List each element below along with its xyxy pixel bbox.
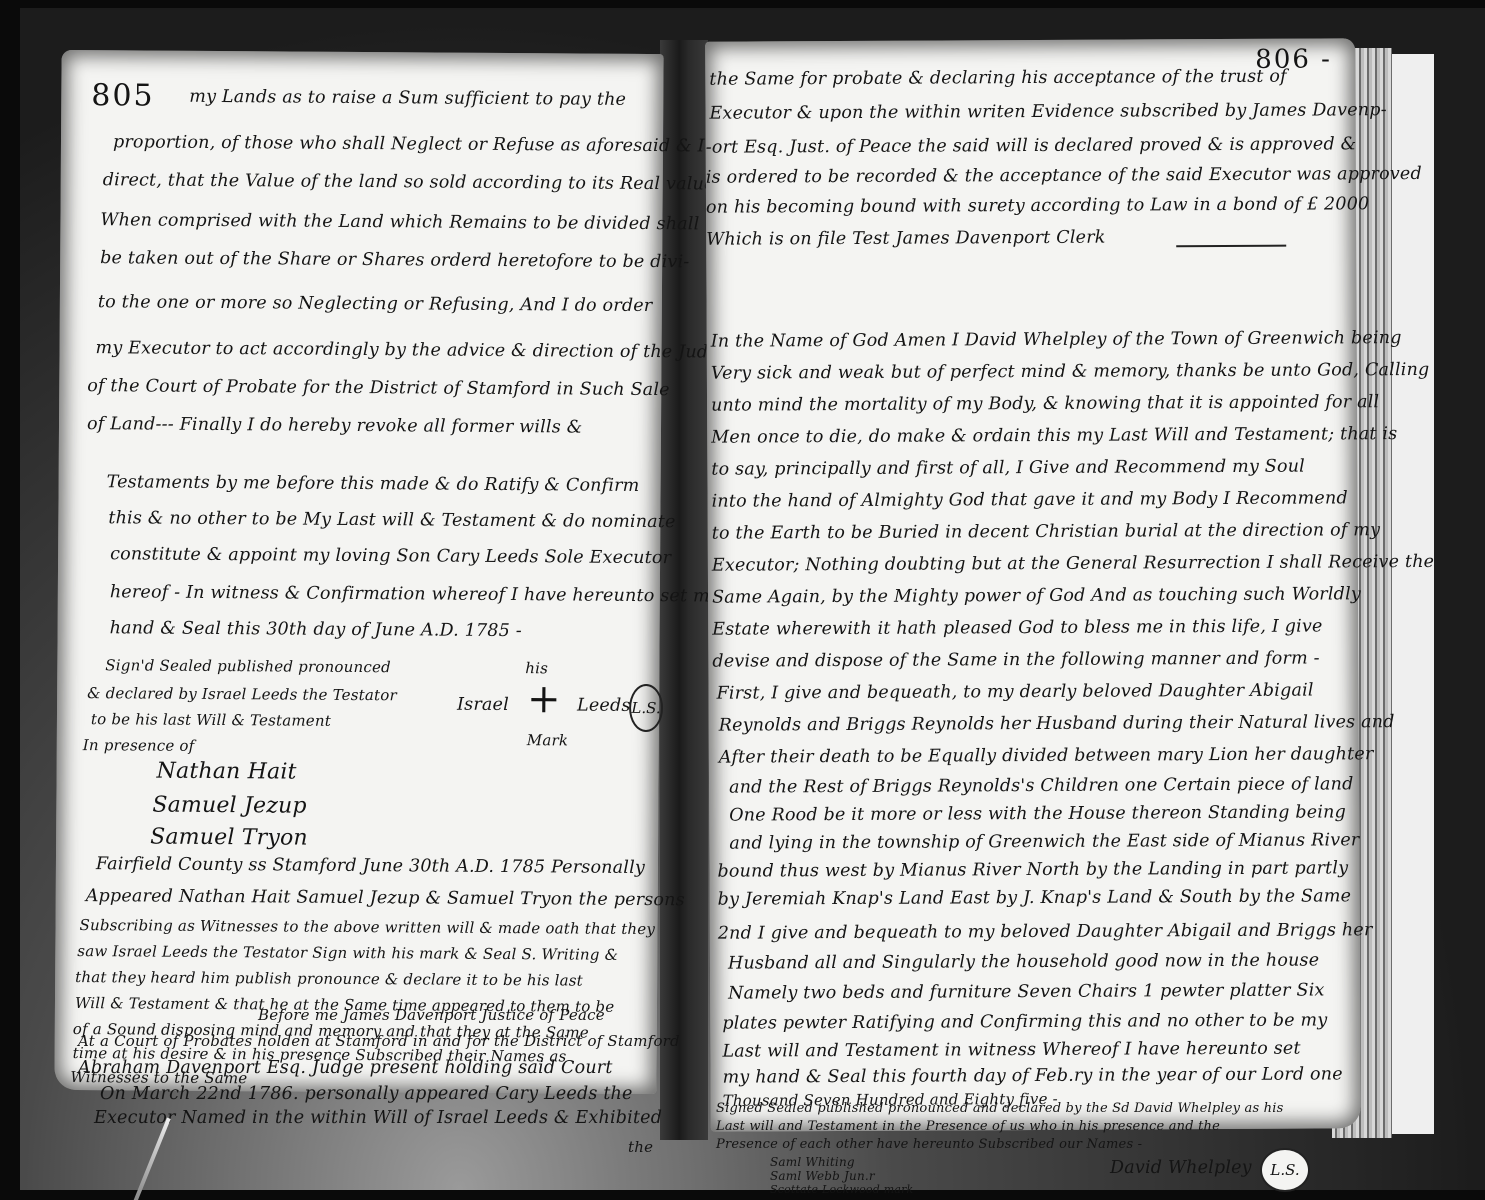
witness-signature: Saml Whiting — [770, 1156, 855, 1168]
will-line: Executor; Nothing doubting but at the Ge… — [712, 554, 1434, 575]
will-line: this & no other to be My Last will & Tes… — [108, 510, 675, 531]
will-line: Estate wherewith it hath pleased God to … — [712, 618, 1322, 639]
will-line: Men once to die, do make & ordain this m… — [711, 426, 1397, 447]
will-line: to the one or more so Neglecting or Refu… — [98, 294, 653, 315]
signature-his: his — [525, 661, 548, 676]
testator-mark-cross: + — [527, 679, 561, 719]
court-line: Abraham Davenport Esq. Judge present hol… — [78, 1060, 613, 1078]
will-line: After their death to be Equally divided … — [719, 746, 1374, 767]
will-line: proportion, of those who shall Neglect o… — [113, 134, 733, 156]
will-line: 2nd I give and bequeath to my beloved Da… — [718, 922, 1373, 943]
testator-last-name: Leeds — [577, 698, 631, 716]
testator-first-name: Israel — [457, 697, 509, 715]
divider-rule — [1176, 245, 1286, 248]
probate-line: -ort Esq. Just. of Peace the said will i… — [706, 136, 1357, 157]
will-line: Presence of each other have hereunto Sub… — [716, 1138, 1142, 1151]
will-line: direct, that the Value of the land so so… — [103, 172, 715, 194]
court-line: Executor Named in the within Will of Isr… — [94, 1110, 662, 1128]
witness-signature: Saml Webb Jun.r — [770, 1170, 875, 1182]
will-line: to say, principally and first of all, I … — [711, 459, 1305, 480]
will-line: Husband all and Singularly the household… — [728, 953, 1319, 974]
probate-line: on his becoming bound with surety accord… — [706, 196, 1369, 217]
attestation-line: Sign'd Sealed published pronounced — [105, 658, 391, 675]
will-line: and lying in the township of Greenwich t… — [729, 832, 1359, 853]
witness-signature: Samuel Jezup — [152, 795, 307, 818]
seal-icon: L.S. — [629, 684, 663, 732]
will-line: One Rood be it more or less with the Hou… — [729, 804, 1346, 825]
will-line: Same Again, by the Mighty power of God A… — [712, 586, 1361, 607]
witness-signature: Nathan Hait — [157, 761, 297, 784]
proof-line: Fairfield County ss Stamford June 30th A… — [96, 856, 645, 877]
seal-label: L.S. — [1270, 1161, 1299, 1179]
attestation-line: to be his last Will & Testament — [91, 712, 331, 729]
seal-icon: L.S. — [1260, 1148, 1310, 1192]
will-line: Last will and Testament in the Presence … — [716, 1120, 1220, 1133]
attestation-line: In presence of — [83, 738, 195, 754]
flyleaf — [1392, 54, 1434, 1134]
proof-line: saw Israel Leeds the Testator Sign with … — [77, 944, 618, 963]
will-line: devise and dispose of the Same in the fo… — [712, 650, 1319, 671]
signature-mark-label: Mark — [527, 733, 568, 748]
will-line: hand & Seal this 30th day of June A.D. 1… — [110, 620, 522, 640]
probate-line: Executor & upon the within writen Eviden… — [709, 102, 1386, 123]
justice-line: Before me James Davenport Justice of Pea… — [258, 1008, 605, 1023]
will-line: my Lands as to raise a Sum sufficient to… — [189, 89, 626, 110]
will-line: Signed Sealed published pronounced and d… — [716, 1102, 1283, 1115]
will-line: When comprised with the Land which Remai… — [100, 212, 699, 234]
probate-line: the Same for probate & declaring his acc… — [709, 69, 1287, 90]
will-line: plates pewter Ratifying and Confirming t… — [722, 1012, 1327, 1033]
will-line: by Jeremiah Knap's Land East by J. Knap'… — [718, 888, 1352, 909]
proof-line: Subscribing as Witnesses to the above wr… — [79, 918, 655, 937]
will-line: into the hand of Almighty God that gave … — [712, 490, 1348, 511]
will-line: and the Rest of Briggs Reynolds's Childr… — [729, 776, 1354, 797]
witness-signature: Scottate Lockwood mark — [770, 1184, 913, 1195]
will-line: of the Court of Probate for the District… — [87, 378, 670, 400]
will-line: my hand & Seal this fourth day of Feb.ry… — [723, 1066, 1343, 1087]
probate-line: Which is on file Test James Davenport Cl… — [706, 230, 1105, 250]
proof-line: Appeared Nathan Hait Samuel Jezup & Samu… — [86, 888, 685, 910]
will-line: In the Name of God Amen I David Whelpley… — [711, 330, 1402, 351]
will-line: hereof - In witness & Confirmation where… — [110, 584, 720, 606]
will-line: constitute & appoint my loving Son Cary … — [110, 546, 671, 567]
court-line: the — [628, 1140, 653, 1155]
right-page: 806 - the Same for probate & declaring h… — [705, 38, 1361, 1131]
will-line: bound thus west by Mianus River North by… — [717, 860, 1348, 881]
will-line: Last will and Testament in witness Where… — [722, 1041, 1300, 1062]
left-page: 805 my Lands as to raise a Sum sufficien… — [54, 50, 663, 1094]
testator-signature: David Whelpley — [1110, 1160, 1252, 1178]
will-line: of Land--- Finally I do hereby revoke al… — [87, 416, 583, 437]
will-line: unto mind the mortality of my Body, & kn… — [711, 394, 1379, 415]
will-line: Testaments by me before this made & do R… — [107, 474, 640, 495]
court-line: On March 22nd 1786. personally appeared … — [100, 1086, 633, 1104]
will-line: my Executor to act accordingly by the ad… — [95, 340, 730, 362]
proof-line: that they heard him publish pronounce & … — [75, 970, 583, 989]
will-line: to the Earth to be Buried in decent Chri… — [712, 522, 1381, 543]
probate-line: is ordered to be recorded & the acceptan… — [706, 166, 1422, 187]
will-line: Reynolds and Briggs Reynolds her Husband… — [719, 714, 1395, 735]
witness-signature: Samuel Tryon — [150, 827, 308, 850]
will-line: Very sick and weak but of perfect mind &… — [711, 362, 1430, 383]
seal-label: L.S. — [631, 699, 660, 717]
page-number-left: 805 — [91, 78, 155, 113]
court-line: At a Court of Probates holden at Stamfor… — [78, 1034, 680, 1049]
will-line: First, I give and bequeath, to my dearly… — [717, 683, 1314, 704]
will-line: Namely two beds and furniture Seven Chai… — [728, 982, 1324, 1003]
attestation-line: & declared by Israel Leeds the Testator — [87, 686, 397, 703]
will-line: be taken out of the Share or Shares orde… — [100, 250, 689, 272]
